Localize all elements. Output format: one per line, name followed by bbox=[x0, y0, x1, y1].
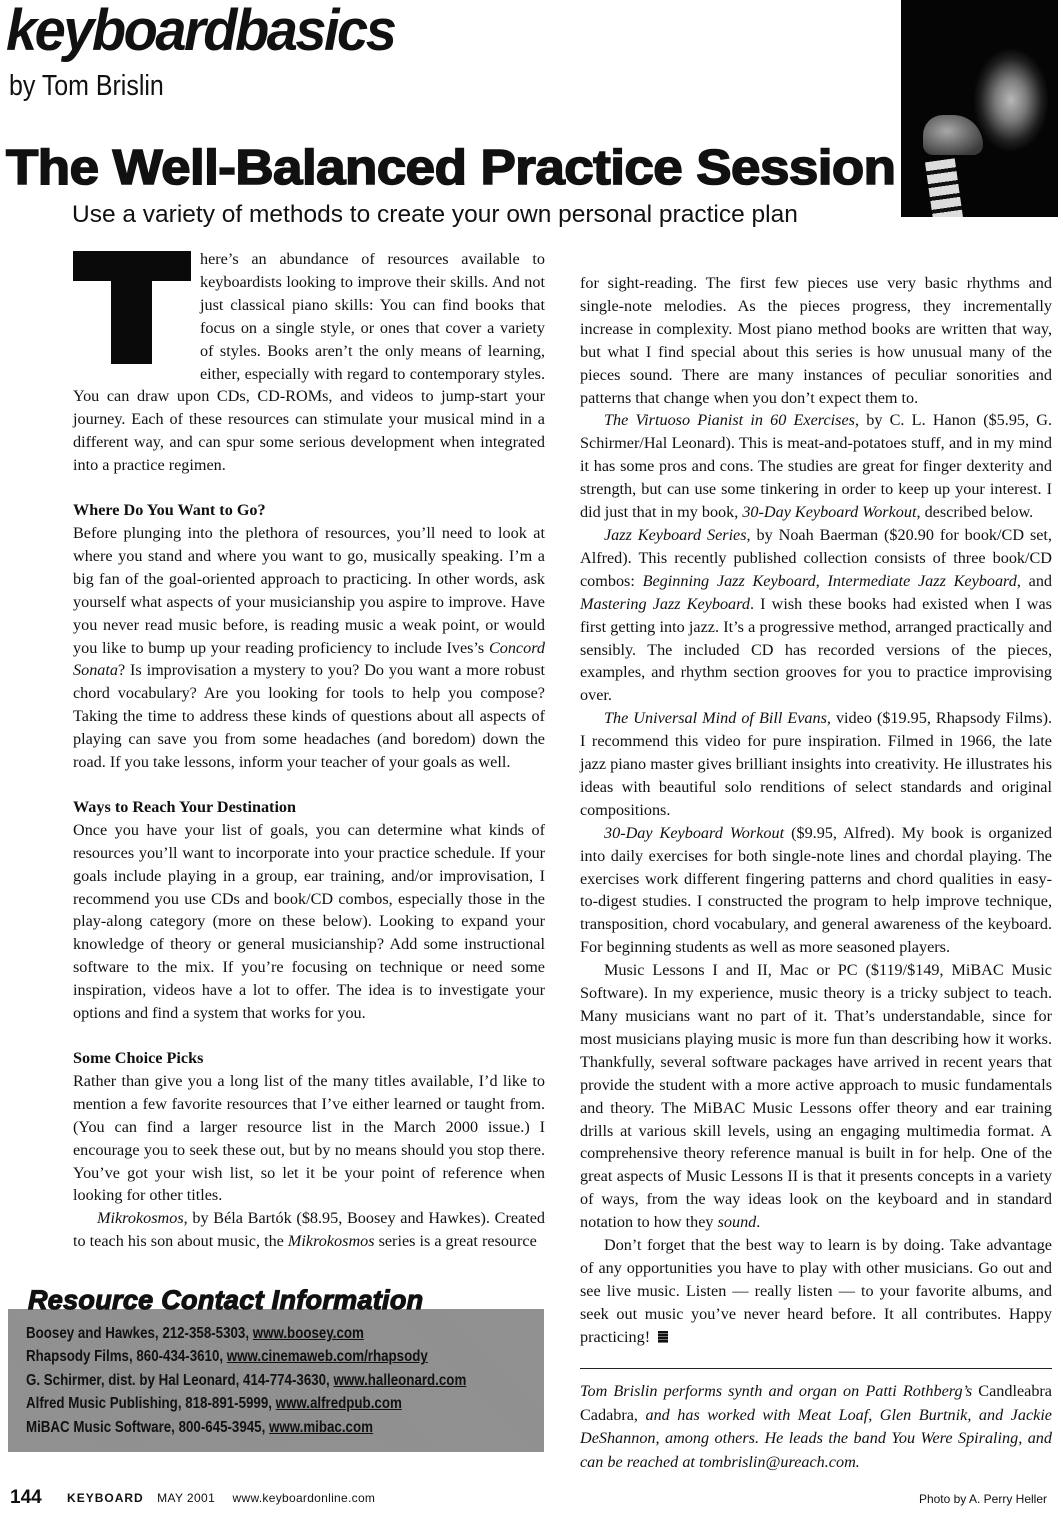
section-paragraph-ways: Once you have your list of goals, you ca… bbox=[73, 819, 545, 1025]
resource-item: Alfred Music Publishing, 818-891-5999, w… bbox=[26, 1392, 466, 1415]
pick-mikrokosmos: Mikrokosmos, by Béla Bartók ($8.95, Boos… bbox=[73, 1207, 545, 1253]
resource-link[interactable]: www.cinemaweb.com/rhapsody bbox=[227, 1348, 428, 1365]
article-subhead: Use a variety of methods to create your … bbox=[72, 198, 798, 232]
resource-box-title: Resource Contact Information bbox=[28, 1282, 423, 1318]
issue-date: MAY 2001 bbox=[157, 1491, 215, 1505]
pick-30-day-workout: 30-Day Keyboard Workout ($9.95, Alfred).… bbox=[580, 822, 1052, 959]
section-paragraph-picks: Rather than give you a long list of the … bbox=[73, 1070, 545, 1207]
pick-bill-evans-video: The Universal Mind of Bill Evans, video … bbox=[580, 707, 1052, 822]
author-photo bbox=[901, 0, 1058, 217]
section-heading-ways: Ways to Reach Your Destination bbox=[73, 796, 545, 819]
section-heading-picks: Some Choice Picks bbox=[73, 1047, 545, 1070]
resource-link[interactable]: www.halleonard.com bbox=[333, 1372, 466, 1389]
article-column-left: T here’s an abundance of resources avail… bbox=[73, 248, 545, 1253]
section-heading-where: Where Do You Want to Go? bbox=[73, 499, 545, 522]
resource-link[interactable]: www.alfredpub.com bbox=[276, 1395, 402, 1412]
photo-credit: Photo by A. Perry Heller bbox=[919, 1490, 1047, 1508]
pick-music-lessons: Music Lessons I and II, Mac or PC ($119/… bbox=[580, 959, 1052, 1234]
magazine-name: KEYBOARD bbox=[67, 1491, 144, 1505]
resource-item: Boosey and Hawkes, 212-358-5303, www.boo… bbox=[26, 1322, 466, 1345]
end-of-article-icon bbox=[658, 1331, 668, 1343]
closing-paragraph: Don’t forget that the best way to learn … bbox=[580, 1234, 1052, 1349]
resource-item: Rhapsody Films, 860-434-3610, www.cinema… bbox=[26, 1345, 466, 1368]
resource-contact-list: Boosey and Hawkes, 212-358-5303, www.boo… bbox=[26, 1322, 466, 1439]
page-number: 144 bbox=[10, 1487, 42, 1508]
photo-hand-shape bbox=[923, 115, 983, 155]
dropcap-t-icon: T bbox=[73, 251, 191, 364]
pick-mikrokosmos-continued: for sight-reading. The first few pieces … bbox=[580, 272, 1052, 409]
section-paragraph-where: Before plunging into the plethora of res… bbox=[73, 522, 545, 774]
byline: by Tom Brislin bbox=[9, 66, 164, 106]
pick-jazz-keyboard-series: Jazz Keyboard Series, by Noah Baerman ($… bbox=[580, 524, 1052, 707]
pick-mikrokosmos-continued-marker: series is a great resource bbox=[375, 1232, 537, 1250]
resource-link[interactable]: www.boosey.com bbox=[253, 1325, 364, 1342]
resource-item: MiBAC Music Software, 800-645-3945, www.… bbox=[26, 1416, 466, 1439]
photo-piano-keys bbox=[925, 158, 963, 217]
pick-hanon: The Virtuoso Pianist in 60 Exercises, by… bbox=[580, 409, 1052, 524]
bio-divider bbox=[580, 1368, 1052, 1369]
magazine-website[interactable]: www.keyboardonline.com bbox=[233, 1491, 376, 1505]
author-bio: Tom Brislin performs synth and organ on … bbox=[580, 1380, 1052, 1474]
resource-item: G. Schirmer, dist. by Hal Leonard, 414-7… bbox=[26, 1369, 466, 1392]
article-column-right: for sight-reading. The first few pieces … bbox=[580, 272, 1052, 1349]
page-footer: 144 KEYBOARD MAY 2001 www.keyboardonline… bbox=[10, 1488, 375, 1508]
resource-link[interactable]: www.mibac.com bbox=[269, 1419, 373, 1436]
series-title: keyboardbasics bbox=[6, 0, 394, 68]
article-headline: The Well-Balanced Practice Session bbox=[6, 138, 895, 198]
